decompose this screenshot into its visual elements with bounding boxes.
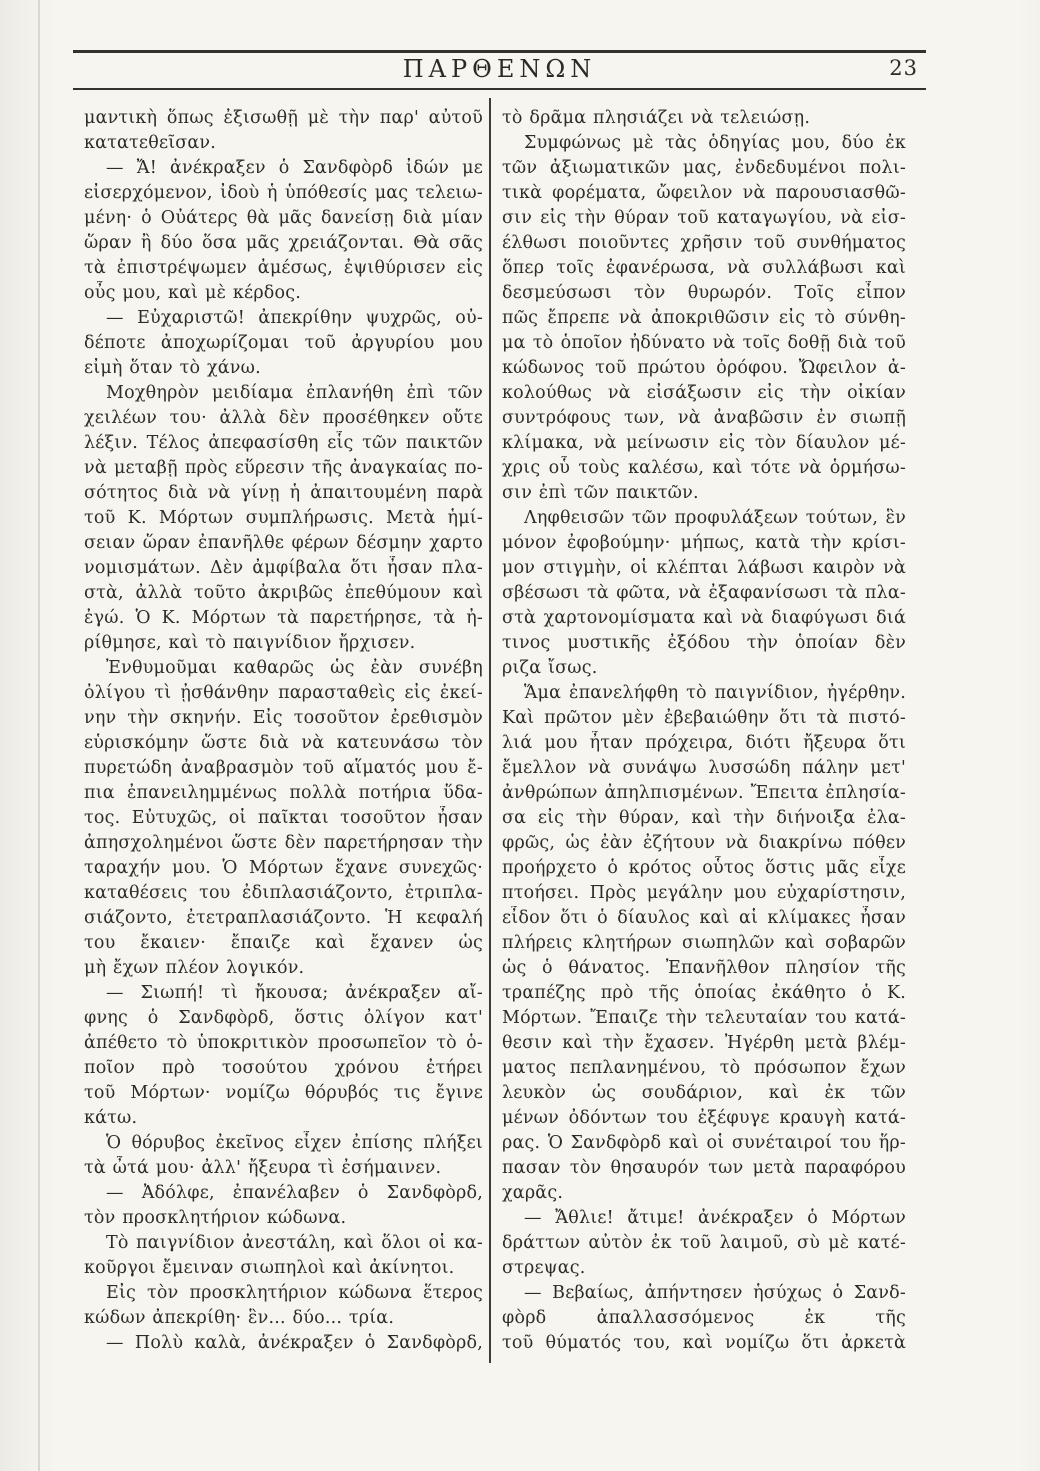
column-divider [489,98,491,1363]
text-line: δεσμεύσωσι τὸν θυρωρόν. Τοῖς εἶπον ἐπίση… [502,281,906,306]
text-line: νὰ μεταβῇ πρὸς εὕρεσιν τῆς ἀναγκαίας πο- [84,456,483,481]
page-title: ΠΑΡΘΕΝΩΝ [73,55,926,83]
text-line: ὡς ὁ θάνατος. Ἐπανῆλθον πλησίον τῆς [502,956,906,981]
text-line: μον στιγμὴν, οἱ κλέπται λάβωσι καιρὸν νὰ [502,556,906,581]
header-rule-top [73,50,926,53]
text-line: ἀνθρώπων ἀπηλπισμένων. Ἔπειτα ἐπλησία- [502,781,906,806]
text-line: σιάζοντο, ἐτετραπλασιάζοντο. Ἡ κεφαλή [84,906,483,931]
text-line: του ἔκαιεν· ἔπαιζε καὶ ἔχανεν ὡς ἄνθρωπο… [84,931,483,956]
text-line: — Ἀδόλφε, ἐπανέλαβεν ὁ Σανδφὸρδ, σύρε [84,1181,483,1206]
text-line: πια ἐπανειλημμένως πολλὰ ποτήρια ὕδα- [84,781,483,806]
text-line: ποῖον πρὸ τοσούτου χρόνου ἐτήρει ἀπέναντ… [84,1056,483,1081]
text-line: — Σιωπή! τὶ ἤκουσα; ἀνέκραξεν αἴ- [84,981,483,1006]
text-line: ἐγώ. Ὁ Κ. Μόρτων τὰ παρετήρησε, τὰ ἠ- [84,606,483,631]
text-line: νομισμάτων. Δὲν ἀμφίβαλα ὅτι ἦσαν πλα- [84,556,483,581]
text-line: Συμφώνως μὲ τὰς ὁδηγίας μου, δύο ἐκ [502,131,906,156]
text-line: σα εἰς τὴν θύραν, καὶ τὴν διήνοιξα ἐλα- [502,806,906,831]
text-line: κολούθως νὰ εἰσάξωσιν εἰς τὴν οἰκίαν τοὺ… [502,381,906,406]
text-line: μένη· ὁ Οὐάτερς θὰ μᾶς δανείσῃ διὰ μίαν [84,206,483,231]
text-line: χειλέων του· ἀλλὰ δὲν προσέθηκεν οὔτε [84,406,483,431]
text-line: χρις οὗ τοὺς καλέσω, καὶ τότε νὰ ὁρμήσω- [502,456,906,481]
text-line: ὀλίγου τὶ ᾐσθάνθην παρασταθεὶς εἰς ἐκεί- [84,681,483,706]
text-line: — Πολὺ καλὰ, ἀνέκραξεν ὁ Σανδφὸρδ, [84,1331,483,1356]
text-line: καταθέσεις του ἐδιπλασιάζοντο, ἐτριπλα- [84,881,483,906]
text-line: συντρόφους των, νὰ ἀναβῶσιν ἐν σιωπῇ τὴν [502,406,906,431]
right-column: τὸ δρᾶμα πλησιάζει νὰ τελειώσῃ.Συμφώνως … [502,106,906,1356]
text-line: ἔμελλον νὰ συνάψω λυσσώδη πάλην μετ' [502,756,906,781]
text-line: Ἅμα ἐπανελήφθη τὸ παιγνίδιον, ἠγέρθην. [502,681,906,706]
text-line: πτοήσει. Πρὸς μεγάλην μου εὐχαρίστησιν, [502,881,906,906]
left-column: μαντικὴ ὅπως ἐξισωθῇ μὲ τὴν παρ' αὐτοῦκα… [84,106,483,1356]
text-line: στὰ χαρτονομίσματα καὶ νὰ διαφύγωσι διά [502,606,906,631]
text-line: πασαν τὸν θησαυρόν των μετὰ παραφόρου [502,1156,906,1181]
text-line: Ὁ θόρυβος ἐκεῖνος εἶχεν ἐπίσης πλήξει [84,1131,483,1156]
text-line: χαρᾶς. [502,1181,906,1206]
text-line: τὰ ἐπιστρέψωμεν ἀμέσως, ἐψιθύρισεν εἰς τ… [84,256,483,281]
text-line: μαντικὴ ὅπως ἐξισωθῇ μὲ τὴν παρ' αὐτοῦ [84,106,483,131]
text-line: εἰμὴ ὅταν τὸ χάνω. [84,356,483,381]
text-line: — Ἄθλιε! ἄτιμε! ἀνέκραξεν ὁ Μόρτων [502,1206,906,1231]
text-line: ἀπέθετο τὸ ὑποκριτικὸν προσωπεῖον τὸ ὁ- [84,1031,483,1056]
text-line: λέξιν. Τέλος ἀπεφασίσθη εἷς τῶν παικτῶν [84,431,483,456]
text-line: λευκὸν ὡς σουδάριον, καὶ ἐκ τῶν συνεσφιγ… [502,1081,906,1106]
text-line: ριζα ἴσως. [502,656,906,681]
text-line: τοῦ θύματός του, καὶ νομίζω ὅτι ἀρκετὰ [502,1331,906,1356]
text-line: τὰ ὦτά μου· ἀλλ' ἤξευρα τὶ ἐσήμαινεν. [84,1156,483,1181]
text-line: κοῦργοι ἔμειναν σιωπηλοὶ καὶ ἀκίνητοι. [84,1256,483,1281]
scanned-page: ΠΑΡΘΕΝΩΝ 23 μαντικὴ ὅπως ἐξισωθῇ μὲ τὴν … [0,0,1040,1471]
header-rule-bottom [73,88,926,90]
text-line: κώδωνος τοῦ πρώτου ὀρόφου. Ὤφειλον ἀ- [502,356,906,381]
text-line: — Εὐχαριστῶ! ἀπεκρίθην ψυχρῶς, οὐ- [84,306,483,331]
text-line: εἶδον ὅτι ὁ δίαυλος καὶ αἱ κλίμακες ἦσαν [502,906,906,931]
text-line: ταραχήν μου. Ὁ Μόρτων ἔχανε συνεχῶς· αἱ [84,856,483,881]
text-line: έλθωσι ποιοῦντες χρῆσιν τοῦ συνθήματος [502,231,906,256]
text-line: Ληφθεισῶν τῶν προφυλάξεων τούτων, ἓν [502,506,906,531]
text-line: ματος πεπλανημένου, τὸ πρόσωπον ἔχων [502,1056,906,1081]
text-line: τοῦ Κ. Μόρτων συμπλήρωσις. Μετὰ ἡμί- [84,506,483,531]
text-line: τῶν ἀξιωματικῶν μας, ἐνδεδυμένοι πολι- [502,156,906,181]
text-line: μόνον ἐφοβούμην· μήπως, κατὰ τὴν κρίσι- [502,531,906,556]
page-number: 23 [889,56,918,80]
text-line: σιν ἐπὶ τῶν παικτῶν. [502,481,906,506]
text-line: — Βεβαίως, ἀπήντησεν ἡσύχως ὁ Σανδ- [502,1281,906,1306]
text-line: φνης ὁ Σανδφὸρδ, ὅστις ὀλίγον κατ' ὀλίγο… [84,1006,483,1031]
text-line: δράττων αὐτὸν ἐκ τοῦ λαιμοῦ, σὺ μὲ κατέ- [502,1231,906,1256]
text-line: προήρχετο ὁ κρότος οὗτος ὅστις μᾶς εἶχε [502,856,906,881]
text-line: κλίμακα, νὰ μείνωσιν εἰς τὸν δίαυλον μέ- [502,431,906,456]
text-line: κώδων ἀπεκρίθη· ἓν... δύο... τρία. [84,1306,483,1331]
text-line: τὸ δρᾶμα πλησιάζει νὰ τελειώσῃ. [502,106,906,131]
text-line: τινος μυστικῆς ἐξόδου τὴν ὁποίαν δὲν ἐγν… [502,631,906,656]
text-line: σιν εἰς τὴν θύραν τοῦ καταγωγίου, νὰ εἰσ… [502,206,906,231]
text-line: Μόρτων. Ἔπαιζε τὴν τελευταίαν του κατά- [502,1006,906,1031]
text-line: φρῶς, ὡς ἐὰν ἐζήτουν νὰ διακρίνω πόθεν [502,831,906,856]
text-line: τικὰ φορέματα, ὤφειλον νὰ παρουσιασθῶ- [502,181,906,206]
text-line: θεσιν καὶ τὴν ἔχασεν. Ἠγέρθη μετὰ βλέμ- [502,1031,906,1056]
text-line: ρας. Ὁ Σανδφὸρδ καὶ οἱ συνέταιροί του ἥρ… [502,1131,906,1156]
text-line: δέποτε ἀποχωρίζομαι τοῦ ἀργυρίου μου [84,331,483,356]
text-line: λιά μου ἦταν πρόχειρα, διότι ἤξευρα ὅτι [502,731,906,756]
text-line: εἰσερχόμενον, ἰδοὺ ἡ ὑπόθεσίς μας τελειω… [84,181,483,206]
text-line: Μοχθηρὸν μειδίαμα ἐπλανήθη ἐπὶ τῶν [84,381,483,406]
text-line: πῶς ἔπρεπε νὰ ἀποκριθῶσιν εἰς τὸ σύνθη- [502,306,906,331]
text-line: ὥραν ἢ δύο ὅσα μᾶς χρειάζονται. Θὰ σᾶς [84,231,483,256]
text-line: ἀπησχολημένοι ὥστε δὲν παρετήρησαν τὴν [84,831,483,856]
page-edge-line [38,0,40,1471]
text-line: Τὸ παιγνίδιον ἀνεστάλη, καὶ ὅλοι οἱ κα- [84,1231,483,1256]
text-line: Εἰς τὸν προσκλητήριον κώδωνα ἕτερος [84,1281,483,1306]
text-line: κάτω. [84,1106,483,1131]
text-line: σειαν ὥραν ἐπανῆλθε φέρων δέσμην χαρτο [84,531,483,556]
text-line: κατατεθεῖσαν. [84,131,483,156]
text-line: Ἐνθυμοῦμαι καθαρῶς ὡς ἐὰν συνέβη πρὸ [84,656,483,681]
text-line: ὅπερ τοῖς ἐφανέρωσα, νὰ συλλάβωσι καὶ νὰ [502,256,906,281]
text-line: πλήρεις κλητήρων σιωπηλῶν καὶ σοβαρῶν [502,931,906,956]
text-line: — Ἄ! ἀνέκραξεν ὁ Σανδφὸρδ ἰδών με [84,156,483,181]
text-line: ρίθμησε, καὶ τὸ παιγνίδιον ἤρχισεν. [84,631,483,656]
text-line: Καὶ πρῶτον μὲν ἐβεβαιώθην ὅτι τὰ πιστό- [502,706,906,731]
text-line: τραπέζης πρὸ τῆς ὁποίας ἐκάθητο ὁ Κ. [502,981,906,1006]
header-row: ΠΑΡΘΕΝΩΝ 23 [73,55,926,87]
text-line: φὸρδ ἀπαλλασσόμενος ἐκ τῆς περισφίγξεως [502,1306,906,1331]
page-header: ΠΑΡΘΕΝΩΝ 23 [73,0,926,100]
text-line: πυρετώδη ἀναβρασμὸν τοῦ αἵματός μου ἔ- [84,756,483,781]
text-line: μὴ ἔχων πλέον λογικόν. [84,956,483,981]
text-line: μένων ὀδόντων του ἐξέφυγε κραυγὴ κατά- [502,1106,906,1131]
text-line: τος. Εὐτυχῶς, οἱ παῖκται τοσοῦτον ἦσαν [84,806,483,831]
text-line: τοῦ Μόρτων· νομίζω θόρυβός τις ἔγινε [84,1081,483,1106]
text-line: νην τὴν σκηνήν. Εἰς τοσοῦτον ἐρεθισμὸν [84,706,483,731]
text-line: τὸν προσκλητήριον κώδωνα. [84,1206,483,1231]
text-line: οὖς μου, καὶ μὲ κέρδος. [84,281,483,306]
text-line: μα τὸ ὁποῖον ἠδύνατο νὰ τοῖς δοθῇ διὰ το… [502,331,906,356]
text-line: εὑρισκόμην ὥστε διὰ νὰ κατευνάσω τὸν [84,731,483,756]
text-line: στὰ, ἀλλὰ τοῦτο ἀκριβῶς ἐπεθύμουν καὶ [84,581,483,606]
text-line: στρεψας. [502,1256,906,1281]
text-line: σβέσωσι τὰ φῶτα, νὰ ἐξαφανίσωσι τὰ πλα- [502,581,906,606]
text-line: σότητος διὰ νὰ γίνῃ ἡ ἀπαιτουμένη παρὰ [84,481,483,506]
